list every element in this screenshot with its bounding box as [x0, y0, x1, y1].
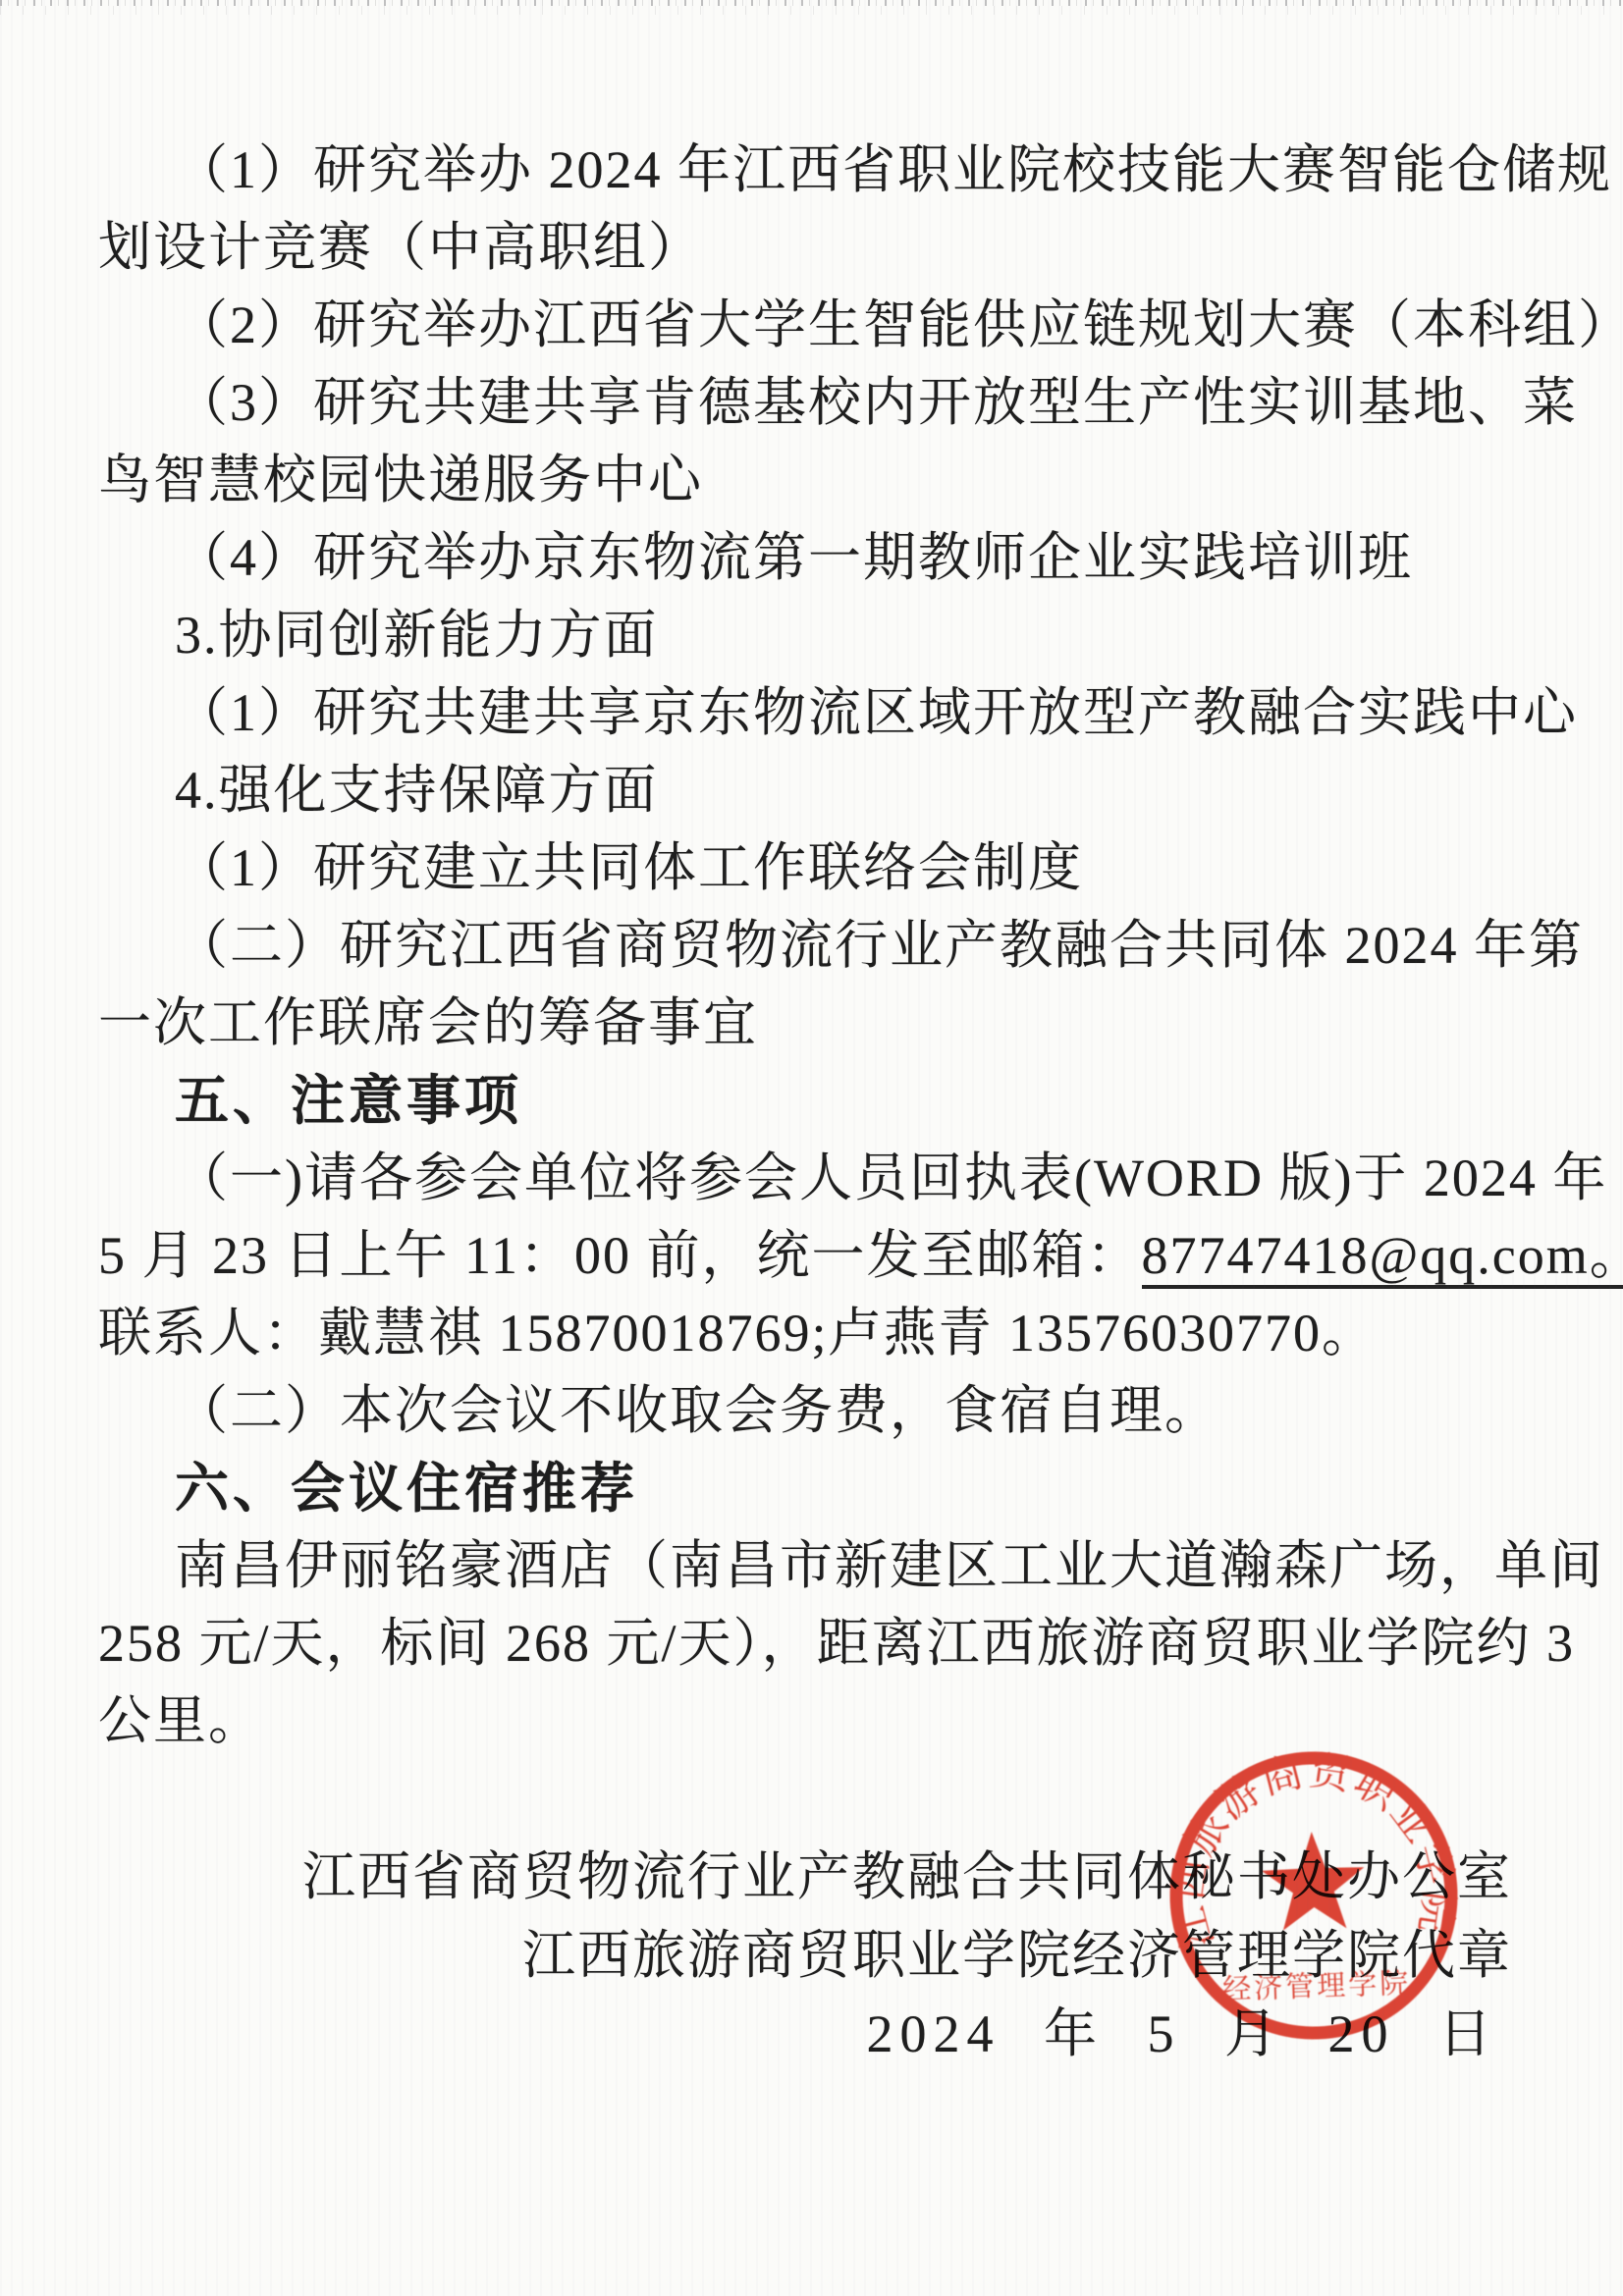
line-text: 鸟智慧校园快递服务中心	[98, 451, 703, 509]
line-text: （二）本次会议不收取会务费，食宿自理。	[175, 1381, 1219, 1440]
line-text: （2）研究举办江西省大学生智能供应链规划大赛（本科组）	[175, 295, 1623, 354]
document-line: 划设计竞赛（中高职组）	[98, 209, 1542, 287]
document-line: 联系人：戴慧祺 15870018769;卢燕青 13576030770。	[98, 1295, 1542, 1372]
line-text: 5 月 23 日上午 11：00 前，统一发至邮箱：	[98, 1226, 1142, 1285]
document-line: （1）研究共建共享京东物流区域开放型产教融合实践中心	[98, 674, 1542, 752]
line-text: 六、会议住宿推荐	[175, 1458, 638, 1519]
line-text: （1）研究共建共享京东物流区域开放型产教融合实践中心	[175, 683, 1578, 742]
document-line: （4）研究举办京东物流第一期教师企业实践培训班	[98, 519, 1542, 597]
document-line: （2）研究举办江西省大学生智能供应链规划大赛（本科组）	[98, 287, 1542, 364]
scan-edge-artifact-faint	[0, 6, 1623, 15]
document-line: （二）研究江西省商贸物流行业产教融合共同体 2024 年第	[98, 907, 1542, 985]
document-line: （3）研究共建共享肯德基校内开放型生产性实训基地、菜	[98, 364, 1542, 442]
official-seal: 江西旅游商贸职业学院 经济管理学院	[1162, 1743, 1466, 2048]
section-heading: 六、会议住宿推荐	[98, 1450, 1542, 1527]
document-line: 鸟智慧校园快递服务中心	[98, 442, 1542, 519]
line-text: （1）研究建立共同体工作联络会制度	[175, 838, 1083, 897]
line-text: 划设计竞赛（中高职组）	[98, 218, 703, 277]
section-heading: 五、注意事项	[98, 1062, 1542, 1140]
email-underlined: 87747418@qq.com。	[1142, 1226, 1623, 1289]
line-text: 一次工作联席会的筹备事宜	[98, 993, 758, 1052]
line-text: （一)请各参会单位将参会人员回执表(WORD 版)于 2024 年	[175, 1148, 1607, 1207]
line-text: （4）研究举办京东物流第一期教师企业实践培训班	[175, 528, 1413, 587]
line-text: 联系人：戴慧祺 15870018769;卢燕青 13576030770。	[98, 1304, 1377, 1362]
document-line: 258 元/天，标间 268 元/天），距离江西旅游商贸职业学院约 3	[98, 1605, 1542, 1682]
line-text: 4.强化支持保障方面	[175, 761, 659, 820]
line-text: 3.协同创新能力方面	[175, 606, 659, 665]
document-line: 5 月 23 日上午 11：00 前，统一发至邮箱：87747418@qq.co…	[98, 1217, 1542, 1295]
line-text: （二）研究江西省商贸物流行业产教融合共同体 2024 年第	[175, 916, 1584, 975]
document-line: 一次工作联席会的筹备事宜	[98, 985, 1542, 1062]
document-line: （二）本次会议不收取会务费，食宿自理。	[98, 1372, 1542, 1450]
line-text: 五、注意事项	[175, 1070, 522, 1131]
star-icon	[1260, 1830, 1366, 1931]
scanned-document-page: （1）研究举办 2024 年江西省职业院校技能大赛智能仓储规划设计竞赛（中高职组…	[0, 0, 1623, 2296]
line-text: 258 元/天，标间 268 元/天），距离江西旅游商贸职业学院约 3	[98, 1614, 1575, 1673]
document-body: （1）研究举办 2024 年江西省职业院校技能大赛智能仓储规划设计竞赛（中高职组…	[98, 132, 1542, 1760]
line-text: （3）研究共建共享肯德基校内开放型生产性实训基地、菜	[175, 373, 1578, 432]
seal-center-text: 经济管理学院	[1222, 1967, 1412, 2006]
document-line: 3.协同创新能力方面	[98, 597, 1542, 674]
line-text: 南昌伊丽铭豪酒店（南昌市新建区工业大道瀚森广场，单间	[175, 1536, 1604, 1595]
document-line: 南昌伊丽铭豪酒店（南昌市新建区工业大道瀚森广场，单间	[98, 1527, 1542, 1605]
document-line: 4.强化支持保障方面	[98, 752, 1542, 829]
document-line: （一)请各参会单位将参会人员回执表(WORD 版)于 2024 年	[98, 1140, 1542, 1217]
document-line: （1）研究建立共同体工作联络会制度	[98, 829, 1542, 907]
document-line: （1）研究举办 2024 年江西省职业院校技能大赛智能仓储规	[98, 132, 1542, 209]
line-text: （1）研究举办 2024 年江西省职业院校技能大赛智能仓储规	[175, 140, 1612, 199]
line-text: 公里。	[98, 1691, 263, 1750]
